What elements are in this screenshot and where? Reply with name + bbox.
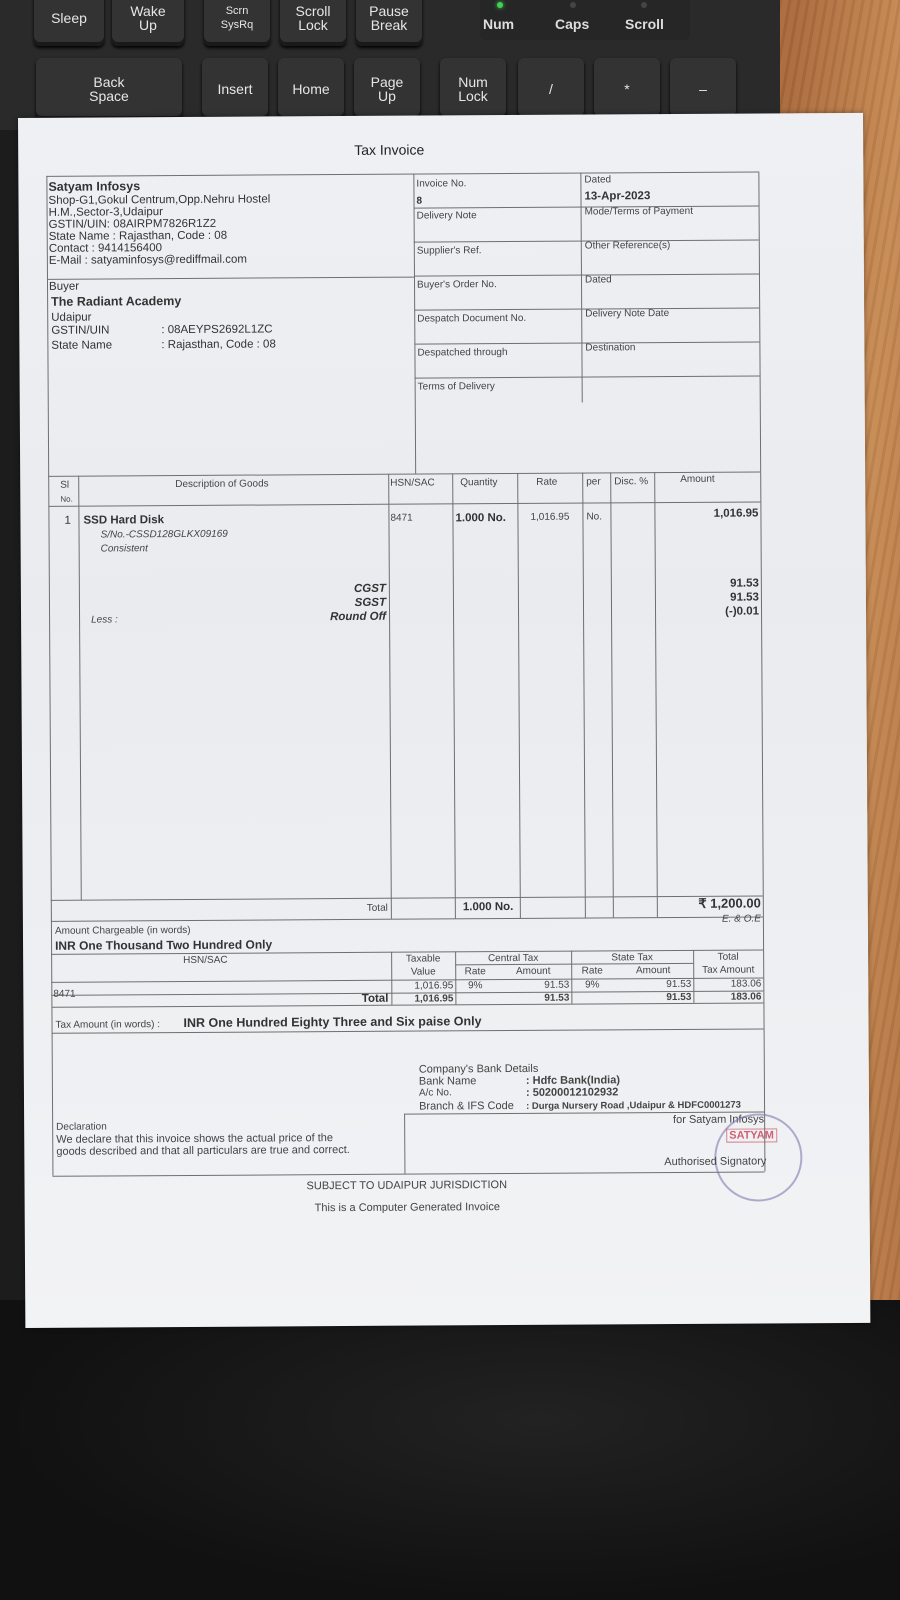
summary-hsn-header: HSN/SAC xyxy=(183,955,228,968)
terms-of-delivery-label: Terms of Delivery xyxy=(418,381,495,394)
summary-row-taxable: 1,016.95 xyxy=(391,980,453,993)
seller-email: E-Mail : satyaminfosys@rediffmail.com xyxy=(49,254,247,268)
col-rate: Rate xyxy=(536,477,557,490)
tax-words-label: Tax Amount (in words) : xyxy=(56,1019,161,1032)
summary-taxable-header: Taxable xyxy=(391,953,455,966)
col-sl: Sl xyxy=(60,480,69,493)
sgst-amount: 91.53 xyxy=(661,591,759,604)
key-sleep[interactable]: Sleep xyxy=(34,0,104,46)
key-pause-break[interactable]: Pause Break xyxy=(356,0,422,46)
account-no-value: : 50200012102932 xyxy=(526,1086,618,1099)
total-amount: ₹ 1,200.00 xyxy=(643,897,761,910)
key-num-lock[interactable]: Num Lock xyxy=(440,58,506,120)
col-amount: Amount xyxy=(680,474,715,487)
key-divide[interactable]: / xyxy=(518,58,584,120)
col-disc: Disc. % xyxy=(614,476,648,489)
bank-name-label: Bank Name xyxy=(419,1075,477,1088)
summary-row-central-rate: 9% xyxy=(455,980,495,993)
seller-name: Satyam Infosys xyxy=(48,180,140,193)
summary-total-label: Total xyxy=(303,993,388,1006)
key-page-up[interactable]: Page Up xyxy=(354,58,420,120)
less-label: Less : xyxy=(91,614,118,627)
invoice-no-label: Invoice No. xyxy=(416,178,466,191)
amount-words-label: Amount Chargeable (in words) xyxy=(55,925,191,938)
buyer-state-value: : Rajasthan, Code : 08 xyxy=(161,338,276,351)
jurisdiction-note: SUBJECT TO UDAIPUR JURISDICTION xyxy=(306,1179,507,1193)
despatched-through-label: Despatched through xyxy=(417,347,507,360)
item-quantity: 1.000 No. xyxy=(455,512,506,525)
col-hsn: HSN/SAC xyxy=(390,477,435,490)
buyer-label: Buyer xyxy=(49,281,79,294)
scroll-indicator-label: Scroll xyxy=(625,16,664,32)
caps-indicator-label: Caps xyxy=(555,16,589,32)
summary-central-amount-header: Amount xyxy=(495,966,571,979)
sgst-label: SGST xyxy=(281,597,386,610)
tax-invoice-paper: Tax Invoice Satyam Infosys Shop-G1,Gokul… xyxy=(18,113,870,1328)
despatch-document-label: Despatch Document No. xyxy=(417,313,526,326)
summary-total-tax: 183.06 xyxy=(693,991,761,1004)
total-label: Total xyxy=(323,903,388,916)
summary-total-central: 91.53 xyxy=(495,993,569,1006)
col-no: No. xyxy=(60,494,73,507)
summary-row-state-amount: 91.53 xyxy=(613,979,691,992)
summary-state-rate-header: Rate xyxy=(571,965,613,978)
summary-total-taxable: 1,016.95 xyxy=(391,993,453,1006)
declaration-label: Declaration xyxy=(56,1121,107,1134)
summary-row-state-rate: 9% xyxy=(571,979,613,992)
declaration-text-2: goods described and that all particulars… xyxy=(56,1144,350,1158)
payment-terms-label: Mode/Terms of Payment xyxy=(585,206,693,219)
item-amount: 1,016.95 xyxy=(660,507,758,520)
num-lock-led-icon xyxy=(497,2,503,8)
item-serial: S/No.-CSSD128GLKX09169 xyxy=(101,529,228,542)
total-quantity: 1.000 No. xyxy=(463,901,514,914)
item-description: SSD Hard Disk xyxy=(83,514,164,527)
destination-label: Destination xyxy=(585,342,635,355)
invoice-title: Tax Invoice xyxy=(354,142,424,158)
summary-row-hsn: 8471 xyxy=(53,989,75,1002)
summary-row-central-amount: 91.53 xyxy=(495,980,569,993)
summary-tax-amount-header: Tax Amount xyxy=(693,964,763,977)
key-multiply[interactable]: * xyxy=(594,58,660,120)
buyer-name: The Radiant Academy xyxy=(51,295,181,308)
delivery-note-label: Delivery Note xyxy=(417,210,477,223)
keyboard: Sleep Wake Up Scrn SysRq Scroll Lock Pau… xyxy=(0,0,780,130)
buyer-state-label: State Name xyxy=(51,339,112,352)
item-per: No. xyxy=(586,511,602,524)
buyer-city: Udaipur xyxy=(51,312,91,325)
bank-heading: Company's Bank Details xyxy=(419,1063,539,1076)
buyer-gstin-label: GSTIN/UIN xyxy=(51,324,109,337)
stamp-text: SATYAM xyxy=(726,1128,777,1142)
round-off-label: Round Off xyxy=(281,611,386,624)
key-home[interactable]: Home xyxy=(278,58,344,120)
delivery-note-date-label: Delivery Note Date xyxy=(585,308,669,321)
supplier-ref-label: Supplier's Ref. xyxy=(417,245,482,258)
summary-total-state: 91.53 xyxy=(613,992,691,1005)
account-no-label: A/c No. xyxy=(419,1087,452,1100)
col-quantity: Quantity xyxy=(460,477,497,490)
summary-central-tax-header: Central Tax xyxy=(455,953,571,966)
key-wake-up[interactable]: Wake Up xyxy=(112,0,184,46)
amount-in-words: INR One Thousand Two Hundred Only xyxy=(55,938,272,952)
scroll-lock-led-icon xyxy=(641,2,647,8)
authorised-signatory: Authorised Signatory xyxy=(584,1155,766,1169)
order-dated-label: Dated xyxy=(585,274,612,287)
key-insert[interactable]: Insert xyxy=(202,58,268,120)
item-hsn: 8471 xyxy=(390,513,412,526)
summary-state-tax-header: State Tax xyxy=(571,952,693,965)
other-reference-label: Other Reference(s) xyxy=(585,240,671,253)
buyer-gstin-value: : 08AEYPS2692L1ZC xyxy=(161,323,272,336)
lock-indicator-panel: Num Caps Scroll xyxy=(480,0,690,40)
branch-ifsc-label: Branch & IFS Code xyxy=(419,1100,514,1113)
item-sl: 1 xyxy=(64,515,70,528)
item-brand: Consistent xyxy=(101,543,148,556)
computer-generated-note: This is a Computer Generated Invoice xyxy=(315,1201,500,1215)
key-print-screen[interactable]: Scrn SysRq xyxy=(204,0,270,46)
dark-cloth-background xyxy=(0,1300,900,1600)
tax-amount-in-words: INR One Hundred Eighty Three and Six pai… xyxy=(183,1015,481,1029)
eoe-note: E. & O.E xyxy=(663,913,761,926)
invoice-no-value: 8 xyxy=(416,196,422,209)
buyer-order-label: Buyer's Order No. xyxy=(417,279,497,292)
summary-state-amount-header: Amount xyxy=(613,965,693,978)
item-rate: 1,016.95 xyxy=(530,512,569,525)
key-minus[interactable]: – xyxy=(670,58,736,120)
summary-row-total: 183.06 xyxy=(693,978,761,991)
cgst-label: CGST xyxy=(281,583,386,596)
caps-lock-led-icon xyxy=(570,2,576,8)
dated-label: Dated xyxy=(584,174,611,187)
col-description: Description of Goods xyxy=(175,478,268,491)
dated-value: 13-Apr-2023 xyxy=(584,190,650,203)
round-off-amount: (-)0.01 xyxy=(661,605,759,618)
summary-total-header: Total xyxy=(693,951,763,964)
cgst-amount: 91.53 xyxy=(661,577,759,590)
key-scroll-lock[interactable]: Scroll Lock xyxy=(280,0,346,46)
num-indicator-label: Num xyxy=(483,16,514,32)
summary-value-header: Value xyxy=(391,966,455,979)
col-per: per xyxy=(586,476,601,489)
summary-central-rate-header: Rate xyxy=(455,966,495,979)
key-backspace[interactable]: Back Space xyxy=(36,58,182,120)
